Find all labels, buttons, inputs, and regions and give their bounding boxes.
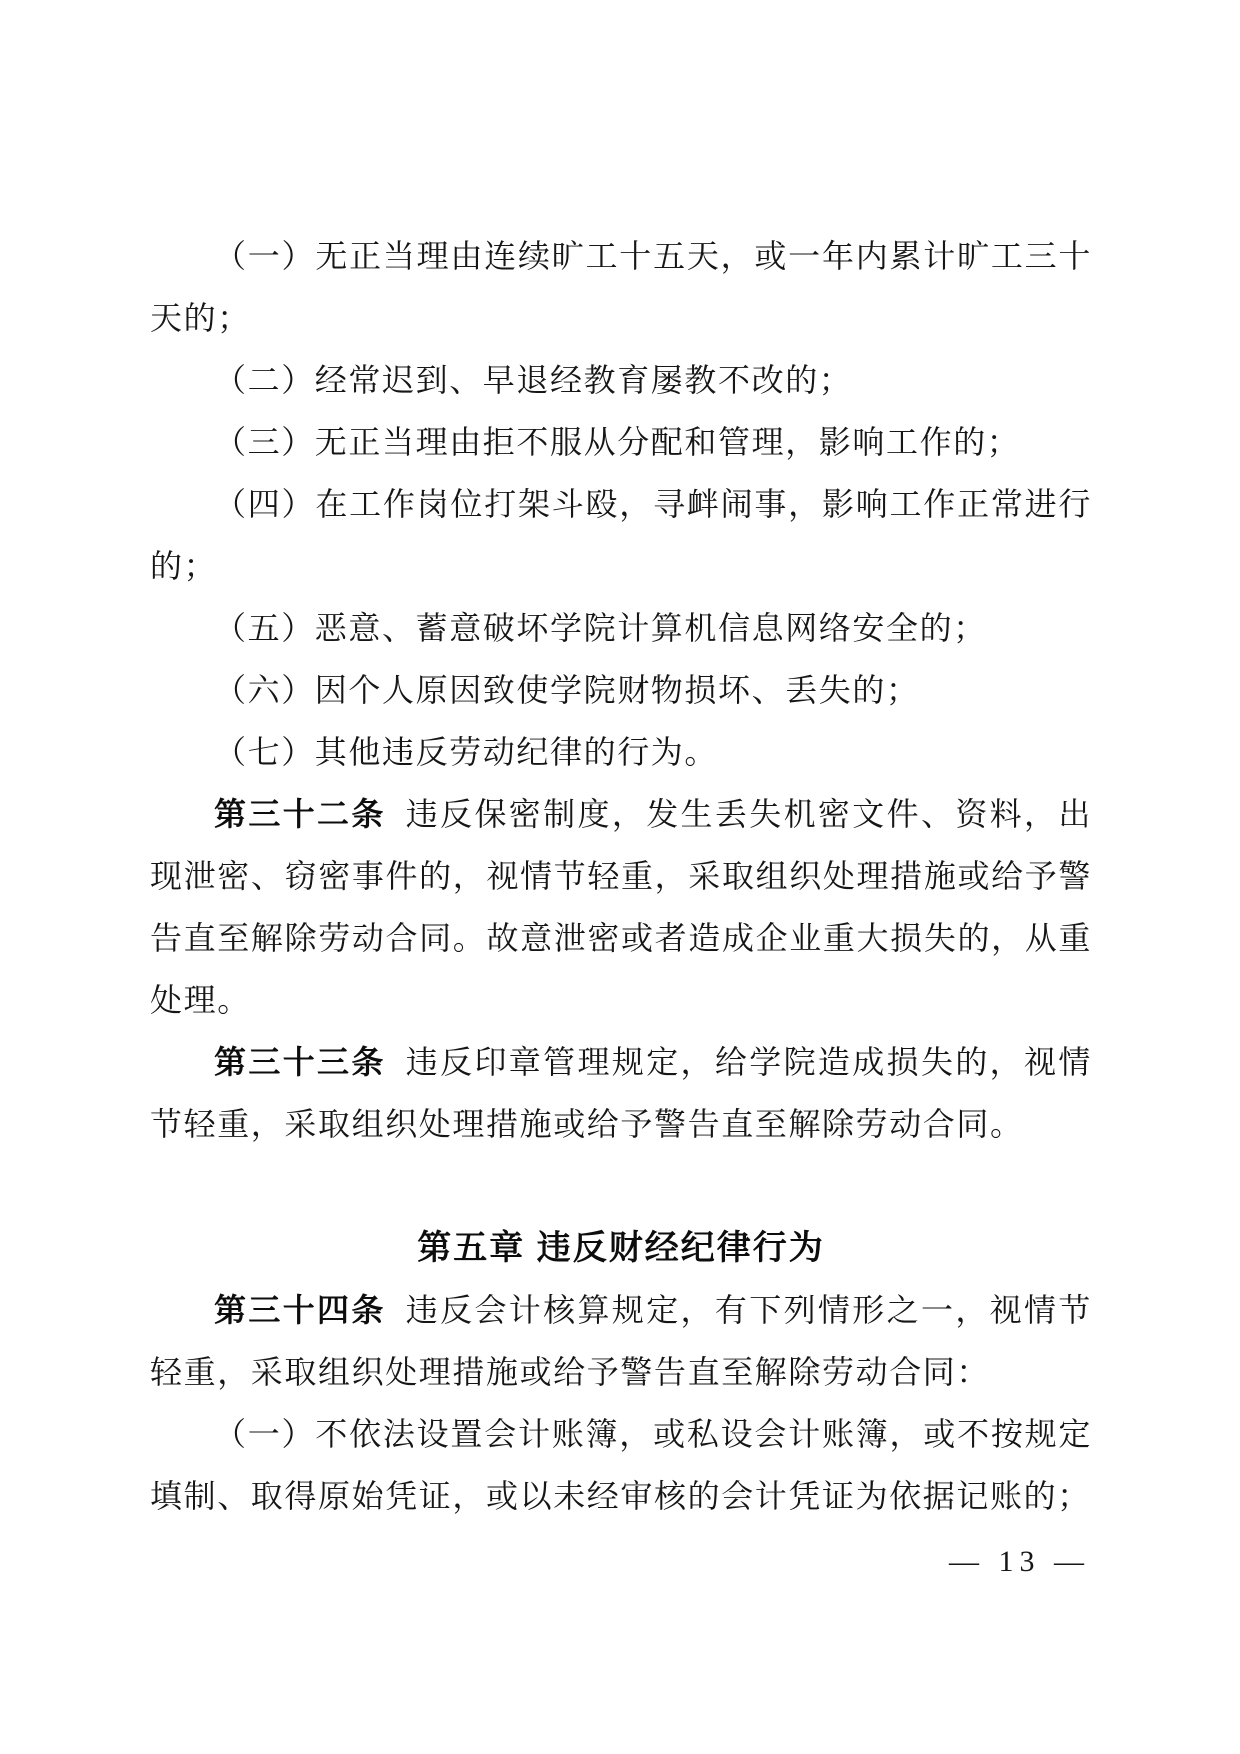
clause-text: （一）无正当理由连续旷工十五天，或一年内累计旷工三十天的； [150, 238, 1092, 336]
clause-text: （一）不依法设置会计账簿，或私设会计账簿，或不按规定填制、取得原始凭证，或以未经… [150, 1416, 1092, 1514]
clause-item: （二）经常迟到、早退经教育屡教不改的； [150, 349, 1092, 411]
clause-text: （二）经常迟到、早退经教育屡教不改的； [214, 362, 852, 398]
article-number: 第三十四条 [214, 1292, 386, 1328]
page-number: — 13 — [949, 1542, 1090, 1582]
article-paragraph: 第三十二条违反保密制度，发生丢失机密文件、资料，出现泄密、窃密事件的，视情节轻重… [150, 783, 1092, 1031]
clause-item: （一）无正当理由连续旷工十五天，或一年内累计旷工三十天的； [150, 225, 1092, 349]
chapter-heading: 第五章 违反财经纪律行为 [150, 1217, 1092, 1279]
clause-item: （四）在工作岗位打架斗殴，寻衅闹事，影响工作正常进行的； [150, 473, 1092, 597]
clause-item: （一）不依法设置会计账簿，或私设会计账簿，或不按规定填制、取得原始凭证，或以未经… [150, 1403, 1092, 1527]
document-body: （一）无正当理由连续旷工十五天，或一年内累计旷工三十天的； （二）经常迟到、早退… [150, 225, 1092, 1527]
article-paragraph: 第三十四条违反会计核算规定，有下列情形之一，视情节轻重，采取组织处理措施或给予警… [150, 1279, 1092, 1403]
clause-item: （六）因个人原因致使学院财物损坏、丢失的； [150, 659, 1092, 721]
clause-item: （七）其他违反劳动纪律的行为。 [150, 721, 1092, 783]
clause-item: （三）无正当理由拒不服从分配和管理，影响工作的； [150, 411, 1092, 473]
article-number: 第三十二条 [214, 796, 386, 832]
clause-text: （三）无正当理由拒不服从分配和管理，影响工作的； [214, 424, 1020, 460]
article-paragraph: 第三十三条违反印章管理规定，给学院造成损失的，视情节轻重，采取组织处理措施或给予… [150, 1031, 1092, 1155]
document-page: （一）无正当理由连续旷工十五天，或一年内累计旷工三十天的； （二）经常迟到、早退… [0, 0, 1240, 1754]
clause-text: （四）在工作岗位打架斗殴，寻衅闹事，影响工作正常进行的； [150, 486, 1092, 584]
clause-text: （七）其他违反劳动纪律的行为。 [214, 734, 718, 770]
clause-text: （五）恶意、蓄意破坏学院计算机信息网络安全的； [214, 610, 987, 646]
clause-text: （六）因个人原因致使学院财物损坏、丢失的； [214, 672, 920, 708]
clause-item: （五）恶意、蓄意破坏学院计算机信息网络安全的； [150, 597, 1092, 659]
article-number: 第三十三条 [214, 1044, 386, 1080]
